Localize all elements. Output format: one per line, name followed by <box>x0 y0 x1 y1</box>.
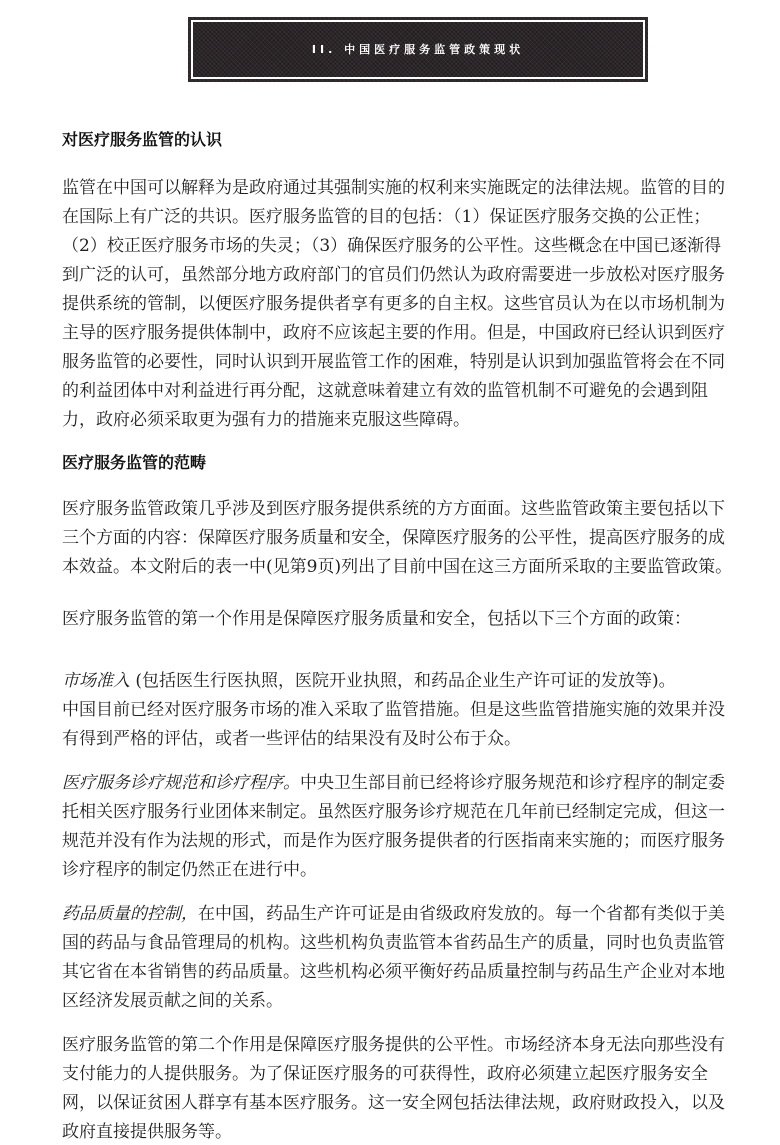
section-title: II. 中国医疗服务监管政策现状 <box>193 41 643 57</box>
text-line: 诊疗程序的制定仍然正在进行中。 <box>62 856 774 885</box>
text-line: 区经济发展贡献之间的关系。 <box>62 987 774 1016</box>
section-banner: II. 中国医疗服务监管政策现状 <box>188 17 648 82</box>
banner-frame: II. 中国医疗服务监管政策现状 <box>191 20 645 79</box>
text-line: 有得到严格的评估，或者一些评估的结果没有及时公布于众。 <box>62 725 774 754</box>
text-line: 力，政府必须采取更为强有力的措施来克服这些障碍。 <box>62 406 774 435</box>
text-line: 服务监管的必要性，同时认识到开展监管工作的困难，特别是认识到加强监管将会在不同 <box>62 348 774 377</box>
paragraph-first-role: 医疗服务监管的第一个作用是保障医疗服务质量和安全，包括以下三个方面的政策： <box>62 605 774 634</box>
paragraph-market-entry: 市场准入 (包括医生行医执照，医院开业执照，和药品企业生产许可证的发放等)。 中… <box>62 667 774 754</box>
text-line: （2）校正医疗服务市场的失灵；（3）确保医疗服务的公平性。这些概念在中国已逐渐得 <box>62 232 774 261</box>
text-line: 提供系统的管制，以便医疗服务提供者享有更多的自主权。这些官员认为在以市场机制为 <box>62 290 774 319</box>
paragraph-clinical-guidelines: 医疗服务诊疗规范和诊疗程序。中央卫生部目前已经将诊疗服务规范和诊疗程序的制定委 … <box>62 769 774 885</box>
text-line: 国的药品与食品管理局的机构。这些机构负责监管本省药品生产的质量，同时也负责监管 <box>62 929 774 958</box>
text-line: 主导的医疗服务提供体制中，政府不应该起主要的作用。但是，中国政府已经认识到医疗 <box>62 319 774 348</box>
text-line: 到广泛的认可，虽然部分地方政府部门的官员们仍然认为政府需要进一步放松对医疗服务 <box>62 261 774 290</box>
text-line: 医疗服务诊疗规范和诊疗程序。中央卫生部目前已经将诊疗服务规范和诊疗程序的制定委 <box>62 769 774 798</box>
text-line: 网，以保证贫困人群享有基本医疗服务。这一安全网包括法律法规，政府财政投入，以及 <box>62 1089 774 1118</box>
text-line: 市场准入 (包括医生行医执照，医院开业执照，和药品企业生产许可证的发放等)。 <box>62 667 774 696</box>
heading-scope: 医疗服务监管的范畴 <box>62 450 206 473</box>
term-clinical-guidelines: 医疗服务诊疗规范和诊疗程序。 <box>62 773 300 793</box>
text-line: 中国目前已经对医疗服务市场的准入采取了监管措施。但是这些监管措施实施的效果并没 <box>62 696 774 725</box>
text-line: 医疗服务监管政策几乎涉及到医疗服务提供系统的方方面面。这些监管政策主要包括以下 <box>62 495 774 524</box>
heading-understanding: 对医疗服务监管的认识 <box>62 127 222 150</box>
paragraph-understanding: 监管在中国可以解释为是政府通过其强制实施的权利来实施既定的法律法规。监管的目的 … <box>62 174 774 435</box>
paragraph-scope: 医疗服务监管政策几乎涉及到医疗服务提供系统的方方面面。这些监管政策主要包括以下 … <box>62 495 774 582</box>
text-line: 医疗服务监管的第一个作用是保障医疗服务质量和安全，包括以下三个方面的政策： <box>62 605 774 634</box>
paragraph-second-role: 医疗服务监管的第二个作用是保障医疗服务提供的公平性。市场经济本身无法向那些没有 … <box>62 1031 774 1145</box>
term-market-entry: 市场准入 <box>62 671 130 691</box>
text-line: 在国际上有广泛的共识。医疗服务监管的目的包括：（1）保证医疗服务交换的公正性； <box>62 203 774 232</box>
text-line: 其它省在本省销售的药品质量。这些机构必须平衡好药品质量控制与药品生产企业对本地 <box>62 958 774 987</box>
text-line: 托相关医疗服务行业团体来制定。虽然医疗服务诊疗规范在几年前已经制定完成，但这一 <box>62 798 774 827</box>
text-line: 三个方面的内容：保障医疗服务质量和安全，保障医疗服务的公平性，提高医疗服务的成 <box>62 524 774 553</box>
text-line: 支付能力的人提供服务。为了保证医疗服务的可获得性，政府必须建立起医疗服务安全 <box>62 1060 774 1089</box>
term-drug-quality: 药品质量的控制， <box>62 904 198 924</box>
text-line: 本效益。本文附后的表一中(见第9页)列出了目前中国在这三方面所采取的主要监管政策… <box>62 553 774 582</box>
text-run: 在中国，药品生产许可证是由省级政府发放的。每一个省都有类似于美 <box>198 904 725 924</box>
text-run: 中央卫生部目前已经将诊疗服务规范和诊疗程序的制定委 <box>300 773 725 793</box>
text-line: 药品质量的控制，在中国，药品生产许可证是由省级政府发放的。每一个省都有类似于美 <box>62 900 774 929</box>
text-line: 的利益团体中对利益进行再分配，这就意味着建立有效的监管机制不可避免的会遇到阻 <box>62 377 774 406</box>
text-run: (包括医生行医执照，医院开业执照，和药品企业生产许可证的发放等)。 <box>130 671 676 691</box>
text-line: 医疗服务监管的第二个作用是保障医疗服务提供的公平性。市场经济本身无法向那些没有 <box>62 1031 774 1060</box>
text-line: 规范并没有作为法规的形式，而是作为医疗服务提供者的行医指南来实施的；而医疗服务 <box>62 827 774 856</box>
text-line: 监管在中国可以解释为是政府通过其强制实施的权利来实施既定的法律法规。监管的目的 <box>62 174 774 203</box>
text-line: 政府直接提供服务等。 <box>62 1118 774 1145</box>
paragraph-drug-quality: 药品质量的控制，在中国，药品生产许可证是由省级政府发放的。每一个省都有类似于美 … <box>62 900 774 1016</box>
